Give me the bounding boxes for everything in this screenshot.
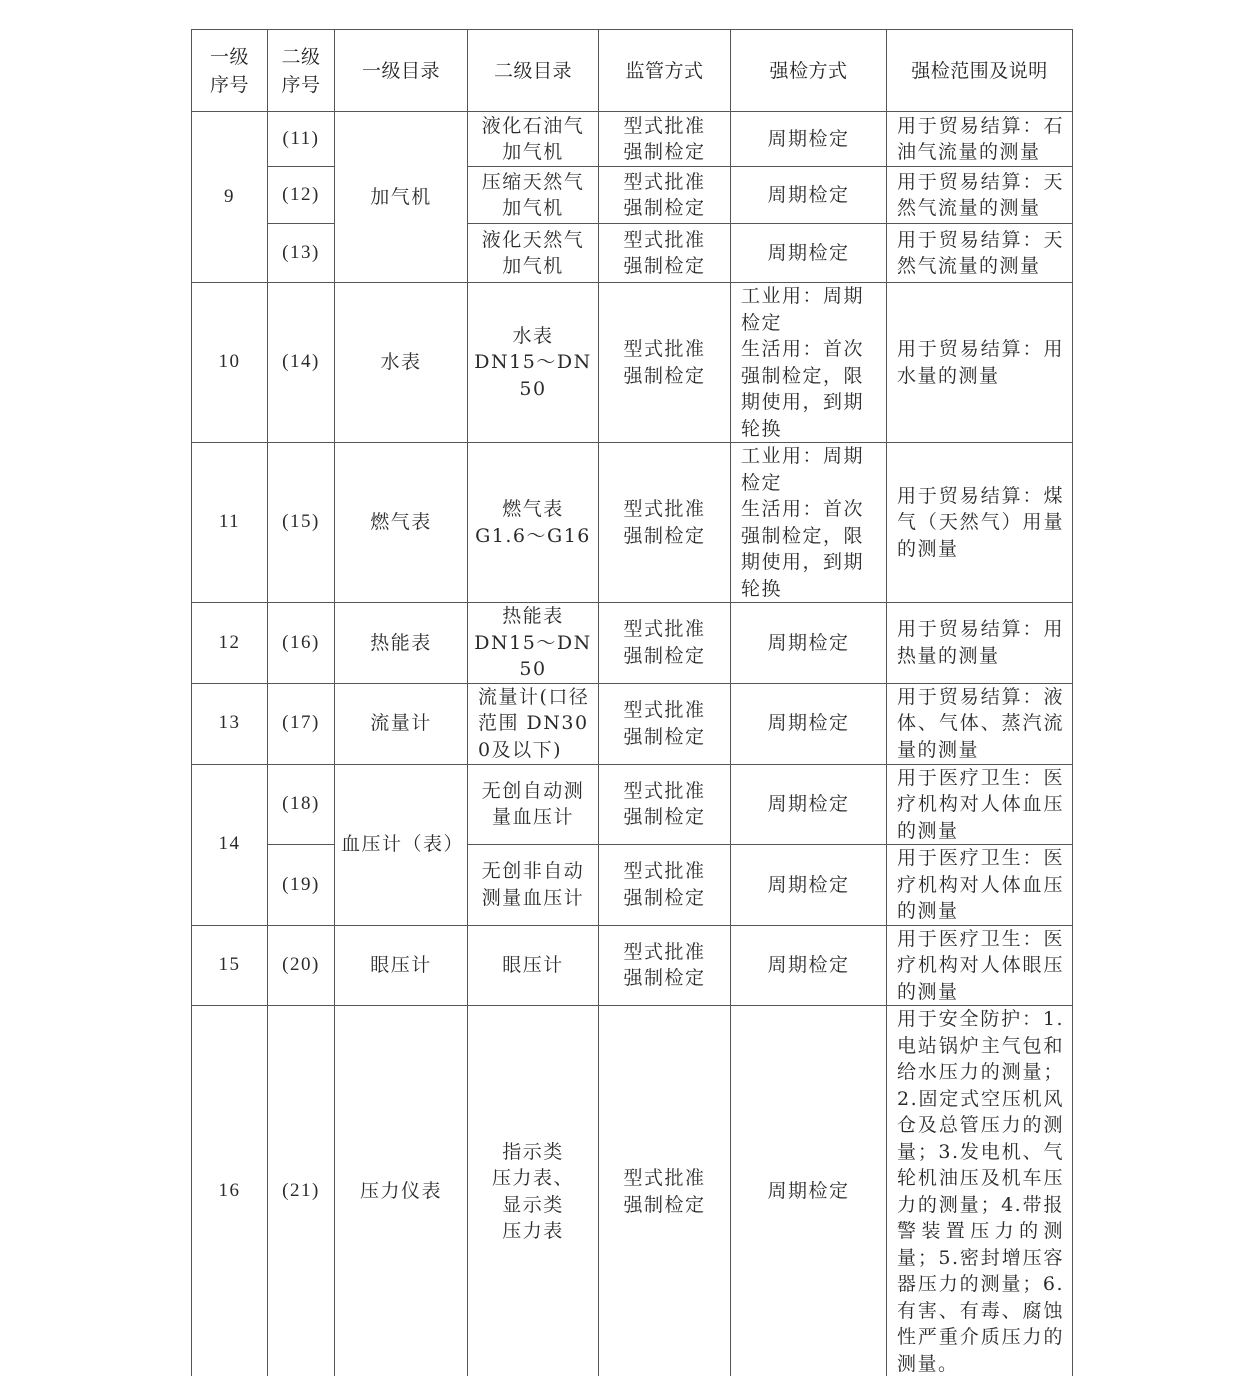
level2-no: (16) — [268, 603, 335, 684]
scope: 用于贸易结算：石油气流量的测量 — [887, 112, 1073, 167]
inspection: 周期检定 — [731, 224, 887, 283]
level2-no: (12) — [268, 167, 335, 224]
level2-category: 流量计(口径范围 DN300及以下) — [468, 683, 599, 764]
table-row: 10 (14) 水表 水表 DN15～DN50 型式批准 强制检定 工业用：周期… — [192, 283, 1073, 443]
supervision: 型式批准 强制检定 — [599, 112, 731, 167]
level1-category: 压力仪表 — [335, 1006, 468, 1376]
inspection: 周期检定 — [731, 845, 887, 926]
table-row: 15 (20) 眼压计 眼压计 型式批准 强制检定 周期检定 用于医疗卫生：医疗… — [192, 925, 1073, 1006]
scope: 用于安全防护：1.电站锅炉主气包和给水压力的测量；2.固定式空压机风仓及总管压力… — [887, 1006, 1073, 1376]
level2-category: 水表 DN15～DN50 — [468, 283, 599, 443]
level2-category: 指示类 压力表、 显示类 压力表 — [468, 1006, 599, 1376]
level2-no: (21) — [268, 1006, 335, 1376]
level1-category: 眼压计 — [335, 925, 468, 1006]
inspection: 周期检定 — [731, 683, 887, 764]
scope: 用于贸易结算：用热量的测量 — [887, 603, 1073, 684]
header-inspection: 强检方式 — [731, 30, 887, 112]
scope: 用于贸易结算：煤气（天然气）用量的测量 — [887, 443, 1073, 603]
level1-category: 燃气表 — [335, 443, 468, 603]
table-row: 12 (16) 热能表 热能表 DN15～DN50 型式批准 强制检定 周期检定… — [192, 603, 1073, 684]
inspection: 周期检定 — [731, 925, 887, 1006]
supervision: 型式批准 强制检定 — [599, 224, 731, 283]
level2-no: (14) — [268, 283, 335, 443]
level1-category: 流量计 — [335, 683, 468, 764]
scope: 用于贸易结算：天然气流量的测量 — [887, 224, 1073, 283]
level2-category: 燃气表 G1.6～G16 — [468, 443, 599, 603]
level2-category: 液化石油气 加气机 — [468, 112, 599, 167]
header-scope: 强检范围及说明 — [887, 30, 1073, 112]
supervision: 型式批准 强制检定 — [599, 443, 731, 603]
level2-no: (17) — [268, 683, 335, 764]
inspection: 周期检定 — [731, 764, 887, 845]
level1-no: 11 — [192, 443, 268, 603]
level1-no: 16 — [192, 1006, 268, 1376]
supervision: 型式批准 强制检定 — [599, 925, 731, 1006]
level1-no: 15 — [192, 925, 268, 1006]
supervision: 型式批准 强制检定 — [599, 764, 731, 845]
supervision: 型式批准 强制检定 — [599, 845, 731, 926]
header-level2-no: 二级 序号 — [268, 30, 335, 112]
supervision: 型式批准 强制检定 — [599, 603, 731, 684]
scope: 用于贸易结算：天然气流量的测量 — [887, 167, 1073, 224]
scope: 用于医疗卫生：医疗机构对人体血压的测量 — [887, 764, 1073, 845]
header-level1-category: 一级目录 — [335, 30, 468, 112]
level1-no: 9 — [192, 112, 268, 283]
supervision: 型式批准 强制检定 — [599, 683, 731, 764]
supervision: 型式批准 强制检定 — [599, 167, 731, 224]
header-level2-category: 二级目录 — [468, 30, 599, 112]
inspection: 周期检定 — [731, 1006, 887, 1376]
inspection: 周期检定 — [731, 167, 887, 224]
inspection: 周期检定 — [731, 112, 887, 167]
scope: 用于贸易结算：液体、气体、蒸汽流量的测量 — [887, 683, 1073, 764]
level1-no: 13 — [192, 683, 268, 764]
table-row: (13) 液化天然气 加气机 型式批准 强制检定 周期检定 用于贸易结算：天然气… — [192, 224, 1073, 283]
supervision: 型式批准 强制检定 — [599, 283, 731, 443]
level2-no: (18) — [268, 764, 335, 845]
level2-category: 无创自动测 量血压计 — [468, 764, 599, 845]
level2-category: 热能表 DN15～DN50 — [468, 603, 599, 684]
table-row: 13 (17) 流量计 流量计(口径范围 DN300及以下) 型式批准 强制检定… — [192, 683, 1073, 764]
level2-no: (19) — [268, 845, 335, 926]
inspection: 工业用：周期检定 生活用：首次强制检定，限期使用，到期轮换 — [731, 443, 887, 603]
header-level1-no: 一级 序号 — [192, 30, 268, 112]
scope: 用于贸易结算：用水量的测量 — [887, 283, 1073, 443]
level2-category: 压缩天然气 加气机 — [468, 167, 599, 224]
level1-no: 12 — [192, 603, 268, 684]
header-supervision: 监管方式 — [599, 30, 731, 112]
scope: 用于医疗卫生：医疗机构对人体眼压的测量 — [887, 925, 1073, 1006]
measuring-instruments-table: 一级 序号 二级 序号 一级目录 二级目录 监管方式 强检方式 强检范围及说明 … — [191, 29, 1073, 1376]
level1-category: 水表 — [335, 283, 468, 443]
level2-no: (20) — [268, 925, 335, 1006]
inspection: 周期检定 — [731, 603, 887, 684]
level2-no: (13) — [268, 224, 335, 283]
level1-category: 热能表 — [335, 603, 468, 684]
level2-category: 无创非自动 测量血压计 — [468, 845, 599, 926]
scope: 用于医疗卫生：医疗机构对人体血压的测量 — [887, 845, 1073, 926]
level1-category: 血压计（表） — [335, 764, 468, 925]
header-row: 一级 序号 二级 序号 一级目录 二级目录 监管方式 强检方式 强检范围及说明 — [192, 30, 1073, 112]
level2-no: (11) — [268, 112, 335, 167]
level2-category: 液化天然气 加气机 — [468, 224, 599, 283]
table-row: 14 (18) 血压计（表） 无创自动测 量血压计 型式批准 强制检定 周期检定… — [192, 764, 1073, 845]
table-row: 16 (21) 压力仪表 指示类 压力表、 显示类 压力表 型式批准 强制检定 … — [192, 1006, 1073, 1376]
level2-category: 眼压计 — [468, 925, 599, 1006]
level1-category: 加气机 — [335, 112, 468, 283]
inspection: 工业用：周期检定 生活用：首次强制检定，限期使用，到期轮换 — [731, 283, 887, 443]
level1-no: 14 — [192, 764, 268, 925]
table-row: (19) 无创非自动 测量血压计 型式批准 强制检定 周期检定 用于医疗卫生：医… — [192, 845, 1073, 926]
level1-no: 10 — [192, 283, 268, 443]
table-row: 11 (15) 燃气表 燃气表 G1.6～G16 型式批准 强制检定 工业用：周… — [192, 443, 1073, 603]
table-row: 9 (11) 加气机 液化石油气 加气机 型式批准 强制检定 周期检定 用于贸易… — [192, 112, 1073, 167]
supervision: 型式批准 强制检定 — [599, 1006, 731, 1376]
table-row: (12) 压缩天然气 加气机 型式批准 强制检定 周期检定 用于贸易结算：天然气… — [192, 167, 1073, 224]
level2-no: (15) — [268, 443, 335, 603]
